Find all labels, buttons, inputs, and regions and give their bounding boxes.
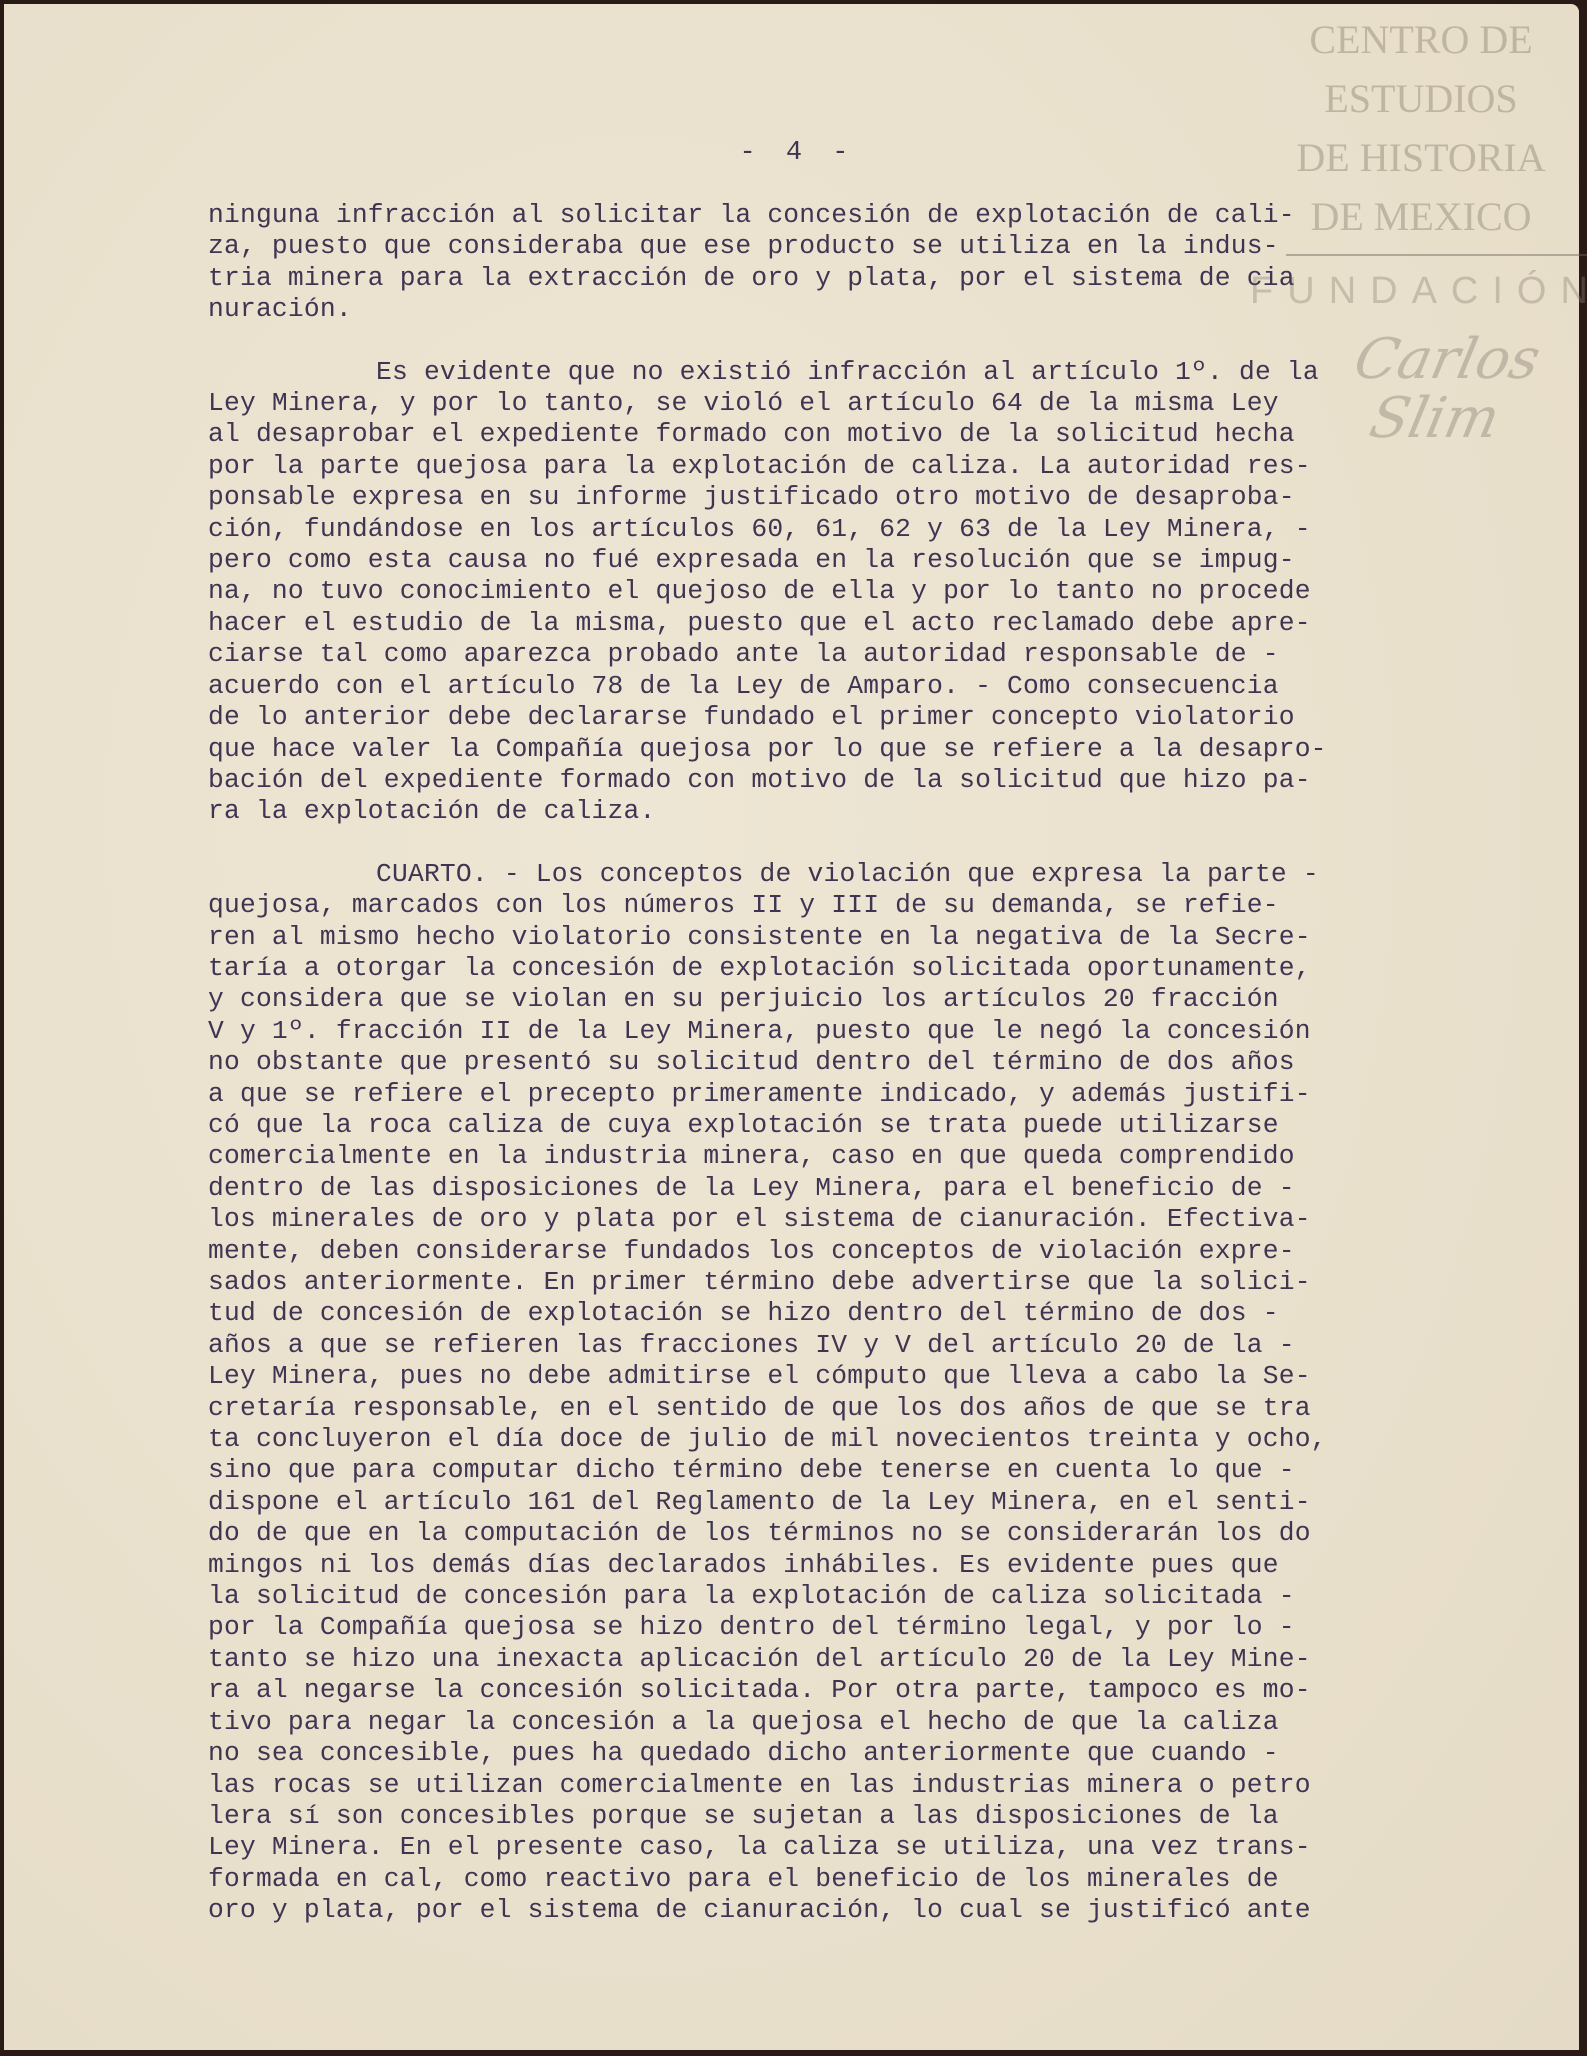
text-line: pero como esta causa no fué expresada en…: [208, 545, 1528, 576]
text-line: oro y plata, por el sistema de cianuraci…: [208, 1895, 1528, 1926]
text-line: por la Compañía quejosa se hizo dentro d…: [208, 1612, 1528, 1643]
text-line: a que se refiere el precepto primerament…: [208, 1079, 1528, 1110]
text-line: dispone el artículo 161 del Reglamento d…: [208, 1487, 1528, 1518]
text-line: za, puesto que consideraba que ese produ…: [208, 231, 1528, 262]
watermark-line: CENTRO DE: [1266, 10, 1576, 69]
text-line: na, no tuvo conocimiento el quejoso de e…: [208, 576, 1528, 607]
document-body: ninguna infracción al solicitar la conce…: [208, 200, 1528, 1927]
text-line: ninguna infracción al solicitar la conce…: [208, 200, 1528, 231]
text-line: la solicitud de concesión para la explot…: [208, 1581, 1528, 1612]
text-line: bación del expediente formado con motivo…: [208, 765, 1528, 796]
text-line: hacer el estudio de la misma, puesto que…: [208, 608, 1528, 639]
text-line: Ley Minera, y por lo tanto, se violó el …: [208, 388, 1528, 419]
text-line: tanto se hizo una inexacta aplicación de…: [208, 1644, 1528, 1675]
text-line: no obstante que presentó su solicitud de…: [208, 1047, 1528, 1078]
text-line: cretaría responsable, en el sentido de q…: [208, 1393, 1528, 1424]
text-line: ra al negarse la concesión solicitada. P…: [208, 1675, 1528, 1706]
text-line: ciarse tal como aparezca probado ante la…: [208, 639, 1528, 670]
text-line: sino que para computar dicho término deb…: [208, 1455, 1528, 1486]
watermark-line: ESTUDIOS: [1266, 69, 1576, 128]
text-line: Ley Minera. En el presente caso, la cali…: [208, 1832, 1528, 1863]
paragraph: Es evidente que no existió infracción al…: [208, 357, 1528, 828]
text-line: lera sí son concesibles porque se sujeta…: [208, 1801, 1528, 1832]
text-line: ción, fundándose en los artículos 60, 61…: [208, 514, 1528, 545]
text-line: años a que se refieren las fracciones IV…: [208, 1330, 1528, 1361]
text-line: nuración.: [208, 294, 1528, 325]
text-line: ponsable expresa en su informe justifica…: [208, 482, 1528, 513]
text-line: y considera que se violan en su perjuici…: [208, 984, 1528, 1015]
text-line: mingos ni los demás días declarados inhá…: [208, 1550, 1528, 1581]
paragraph: ninguna infracción al solicitar la conce…: [208, 200, 1528, 326]
text-line: formada en cal, como reactivo para el be…: [208, 1864, 1528, 1895]
text-line: quejosa, marcados con los números II y I…: [208, 890, 1528, 921]
text-line: no sea concesible, pues ha quedado dicho…: [208, 1738, 1528, 1769]
text-line: los minerales de oro y plata por el sist…: [208, 1204, 1528, 1235]
document-page: CENTRO DE ESTUDIOS DE HISTORIA DE MEXICO…: [4, 4, 1579, 2050]
text-line: Es evidente que no existió infracción al…: [208, 357, 1528, 388]
text-line: por la parte quejosa para la explotación…: [208, 451, 1528, 482]
text-line: las rocas se utilizan comercialmente en …: [208, 1770, 1528, 1801]
text-line: acuerdo con el artículo 78 de la Ley de …: [208, 671, 1528, 702]
page-number: - 4 -: [704, 138, 884, 168]
text-line: tria minera para la extracción de oro y …: [208, 263, 1528, 294]
text-line: do de que en la computación de los térmi…: [208, 1518, 1528, 1549]
text-line: de lo anterior debe declararse fundado e…: [208, 702, 1528, 733]
text-line: tivo para negar la concesión a la quejos…: [208, 1707, 1528, 1738]
text-line: al desaprobar el expediente formado con …: [208, 419, 1528, 450]
text-line: ren al mismo hecho violatorio consistent…: [208, 922, 1528, 953]
paragraph: CUARTO. - Los conceptos de violación que…: [208, 859, 1528, 1927]
text-line: que hace valer la Compañía quejosa por l…: [208, 734, 1528, 765]
text-line: Ley Minera, pues no debe admitirse el có…: [208, 1361, 1528, 1392]
text-line: CUARTO. - Los conceptos de violación que…: [208, 859, 1528, 890]
text-line: comercialmente en la industria minera, c…: [208, 1141, 1528, 1172]
text-line: ra la explotación de caliza.: [208, 796, 1528, 827]
watermark-line: DE HISTORIA: [1266, 128, 1576, 187]
text-line: dentro de las disposiciones de la Ley Mi…: [208, 1173, 1528, 1204]
text-line: có que la roca caliza de cuya explotació…: [208, 1110, 1528, 1141]
text-line: tud de concesión de explotación se hizo …: [208, 1298, 1528, 1329]
text-line: taría a otorgar la concesión de explotac…: [208, 953, 1528, 984]
text-line: mente, deben considerarse fundados los c…: [208, 1236, 1528, 1267]
text-line: ta concluyeron el día doce de julio de m…: [208, 1424, 1528, 1455]
text-line: sados anteriormente. En primer término d…: [208, 1267, 1528, 1298]
text-line: V y 1º. fracción II de la Ley Minera, pu…: [208, 1016, 1528, 1047]
